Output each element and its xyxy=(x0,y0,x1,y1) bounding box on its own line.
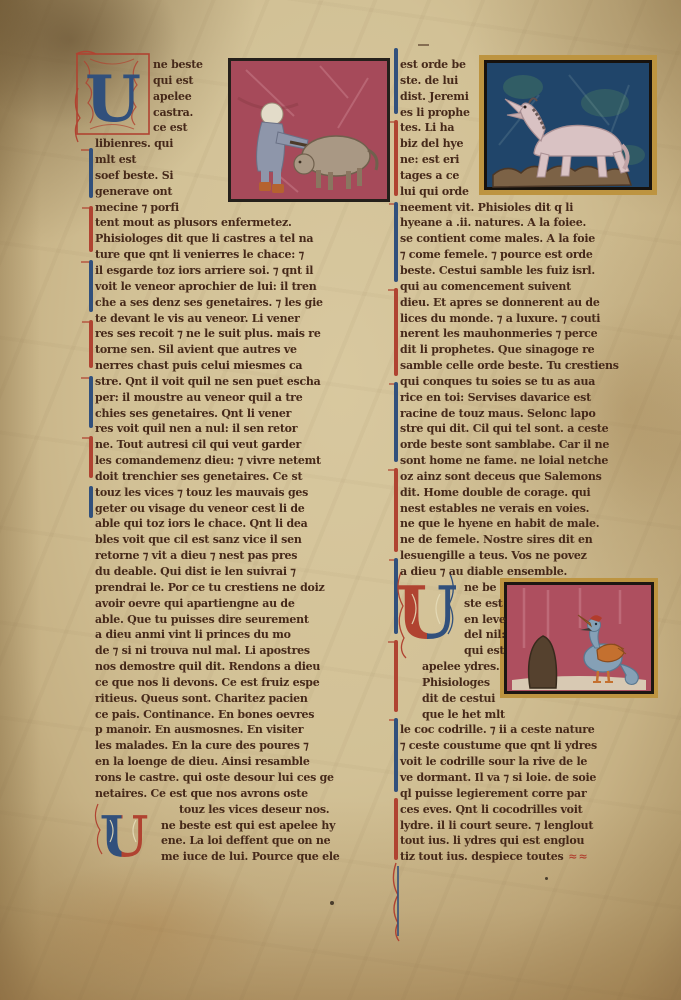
text-line: qui est xyxy=(153,73,239,89)
text-line: ce que nos li devons. Ce est fruiz espe xyxy=(95,675,391,691)
text-line: tages a ce xyxy=(400,168,476,184)
text-line: lesuengille a teus. Vos ne povez xyxy=(400,548,660,564)
text-line: biz del hye xyxy=(400,136,476,152)
line-filler: ≈≈ xyxy=(563,850,588,863)
text-line: voit le veneor aprochier de lui: il tren xyxy=(95,279,391,295)
text-line: a dieu ⁊ au diable ensemble. xyxy=(400,564,660,580)
text-line: il esgarde toz iors arriere soi. ⁊ qnt i… xyxy=(95,263,391,279)
text-line: able. Que tu puisses dire seurement xyxy=(95,612,391,628)
text-line: racine de touz maus. Selonc lapo xyxy=(400,406,660,422)
text-line: dit de cestui xyxy=(422,691,496,707)
text-line: oz ainz sont deceus que Salemons xyxy=(400,469,660,485)
text-line: voit le codrille sour la rive de le xyxy=(400,754,660,770)
left-column-text: ne bestequi estapeleecastra.ce estlibien… xyxy=(95,57,391,865)
ink-spot xyxy=(545,877,548,880)
text-line: dit li prophetes. Que sinagoge re xyxy=(400,342,660,358)
text-line: le coc codrille. ⁊ ii a ceste nature xyxy=(400,722,660,738)
text-line: touz les vices ⁊ touz les mauvais ges xyxy=(95,485,391,501)
text-line: mecine ⁊ porfi xyxy=(95,200,239,216)
text-line: netaires. Ce est que nos avrons oste xyxy=(95,786,391,802)
text-line: del nil: xyxy=(464,627,496,643)
text-line: samble celle orde beste. Tu crestiens xyxy=(400,358,660,374)
text-line: ne: est eri xyxy=(400,152,476,168)
text-line: nos demostre quil dit. Rendons a dieu xyxy=(95,659,391,675)
text-line: avoir oevre qui apartiengne au de xyxy=(95,596,391,612)
text-line: ne beste xyxy=(153,57,239,73)
text-line: bles voit que cil est sanz vice il sen xyxy=(95,532,391,548)
text-line: castra. xyxy=(153,105,239,121)
text-line: ve dormant. Il va ⁊ si loie. de soie xyxy=(400,770,660,786)
text-line: nerent les mauhonmeries ⁊ perce xyxy=(400,326,660,342)
text-line: ce est xyxy=(153,120,239,136)
text-line: chies ses genetaires. Qnt li vener xyxy=(95,406,391,422)
text-line: ture que qnt li venierres le chace: ⁊ xyxy=(95,247,391,263)
text-line: dieu. Et apres se donnerent au de xyxy=(400,295,660,311)
text-line: ql puisse legierement corre par xyxy=(400,786,660,802)
text-line: torne sen. Sil avient que autres ve xyxy=(95,342,391,358)
text-line: tes. Li ha xyxy=(400,120,476,136)
text-line: ne de femele. Nostre sires dit en xyxy=(400,532,660,548)
text-line: dist. Jeremi xyxy=(400,89,476,105)
text-line: nest estables ne verais en voies. xyxy=(400,501,660,517)
text-line: du deable. Qui dist ie len suivrai ⁊ xyxy=(95,564,391,580)
text-line: p manoir. En ausmosnes. En visiter xyxy=(95,722,391,738)
text-line: lydre. il li court seure. ⁊ lenglout xyxy=(400,818,660,834)
text-line: apelee ydres. xyxy=(422,659,496,675)
text-line: lui qui orde xyxy=(400,184,476,200)
text-line: nerres chast puis celui miesmes ca xyxy=(95,358,391,374)
text-line: ⁊ ceste coustume que qnt li ydres xyxy=(400,738,660,754)
text-line: qui au comencement suivent xyxy=(400,279,660,295)
text-line: tout ius. li ydres qui est englou xyxy=(400,833,660,849)
text-line: ne beste est qui est apelee hy xyxy=(161,818,391,834)
text-line: neement vit. Phisioles dit q li xyxy=(400,200,660,216)
text-line: res ses recoit ⁊ ne le suit plus. mais r… xyxy=(95,326,391,342)
text-line: tiz tout ius. despiece toutes ≈≈ xyxy=(400,849,660,865)
text-line: stre. Qnt il voit quil ne sen puet escha xyxy=(95,374,391,390)
text-line: est orde be xyxy=(400,57,476,73)
text-line: che a ses denz ses genetaires. ⁊ les gie xyxy=(95,295,391,311)
margin-mark xyxy=(418,44,429,46)
right-column-text: est orde beste. de luidist. Jeremies li … xyxy=(400,57,660,865)
text-line: se contient come males. A la foie xyxy=(400,231,660,247)
text-line: Phisiologes dit que li castres a tel na xyxy=(95,231,391,247)
text-line: generave ont xyxy=(95,184,239,200)
text-line: ste. de lui xyxy=(400,73,476,89)
text-line: que le het mlt xyxy=(422,707,496,723)
text-line: res voit quil nen a nul: il sen retor xyxy=(95,421,391,437)
text-line: a dieu anmi vint li princes du mo xyxy=(95,627,391,643)
text-line: apelee xyxy=(153,89,239,105)
text-line: per: il moustre au veneor quil a tre xyxy=(95,390,391,406)
text-line: retorne ⁊ vit a dieu ⁊ nest pas pres xyxy=(95,548,391,564)
text-line: les malades. En la cure des poures ⁊ xyxy=(95,738,391,754)
text-line: en leve xyxy=(464,612,496,628)
text-line: ene. La loi deffent que on ne xyxy=(161,833,391,849)
text-line: ne. Tout autresi cil qui veut garder xyxy=(95,437,391,453)
text-line: Phisiologes xyxy=(422,675,496,691)
text-line: ce pais. Continance. En bones oevres xyxy=(95,707,391,723)
text-line: stre qui dit. Cil qui tel sont. a ceste xyxy=(400,421,660,437)
text-line: ces eves. Qnt li cocodrilles voit xyxy=(400,802,660,818)
text-line: tent mout as plusors enfermetez. xyxy=(95,215,391,231)
text-line: hyeane a .ii. natures. A la foiee. xyxy=(400,215,660,231)
text-line: me iuce de lui. Pource que ele xyxy=(161,849,391,865)
text-line: te devant le vis au veneor. Li vener xyxy=(95,311,391,327)
text-line: dit. Home double de corage. qui xyxy=(400,485,660,501)
manuscript-page: U xyxy=(0,0,681,1000)
ink-spot xyxy=(330,901,334,905)
text-line: ne que le hyene en habit de male. xyxy=(400,516,660,532)
text-line: doit trenchier ses genetaires. Ce st xyxy=(95,469,391,485)
text-line: ne be xyxy=(464,580,496,596)
text-line: prendrai le. Por ce tu crestiens ne doiz xyxy=(95,580,391,596)
text-line: lices du monde. ⁊ a luxure. ⁊ couti xyxy=(400,311,660,327)
text-line: qui conques tu soies se tu as aua xyxy=(400,374,660,390)
text-line: es li prophe xyxy=(400,105,476,121)
text-line: rons le castre. qui oste desour lui ces … xyxy=(95,770,391,786)
text-line: soef beste. Si xyxy=(95,168,239,184)
text-line: ste est xyxy=(464,596,496,612)
text-line: beste. Cestui samble les fuiz isrl. xyxy=(400,263,660,279)
text-line: ritieus. Queus sont. Charitez pacien xyxy=(95,691,391,707)
text-line: de ⁊ si ni trouva nul mal. Li apostres xyxy=(95,643,391,659)
text-line: touz les vices deseur nos. xyxy=(179,802,391,818)
text-line: en la loenge de dieu. Ainsi resamble xyxy=(95,754,391,770)
text-line: rice en toi: Servises davarice est xyxy=(400,390,660,406)
text-line: libienres. qui xyxy=(95,136,239,152)
text-line: les comandemenz dieu: ⁊ vivre netemt xyxy=(95,453,391,469)
parchment-stain xyxy=(20,860,280,990)
text-line: ⁊ come femele. ⁊ pource est orde xyxy=(400,247,660,263)
text-line: mlt est xyxy=(95,152,239,168)
text-line: able qui toz iors le chace. Qnt li dea xyxy=(95,516,391,532)
text-line: orde beste sont samblabe. Car il ne xyxy=(400,437,660,453)
text-line: qui est xyxy=(464,643,496,659)
text-line: sont home ne fame. ne loial netche xyxy=(400,453,660,469)
text-line: geter ou visage du veneor cest li de xyxy=(95,501,391,517)
